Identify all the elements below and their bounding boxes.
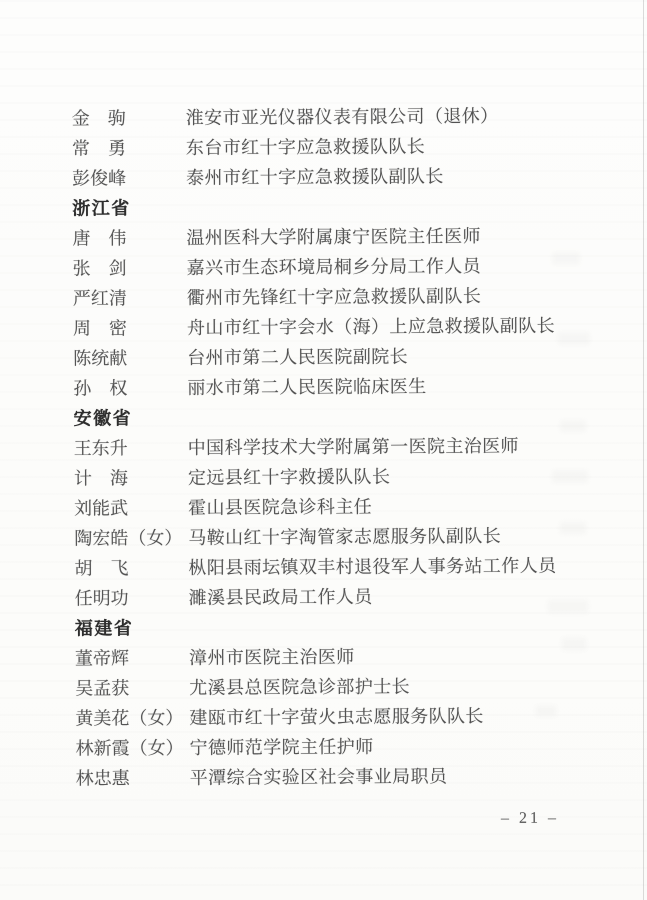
roster-row: 王东升中国科学技术大学附属第一医院主治医师: [3, 429, 647, 463]
person-name: 董帝辉: [75, 644, 189, 671]
person-name: 任明功: [75, 584, 189, 611]
roster-row: 张 剑嘉兴市生态环境局桐乡分局工作人员: [2, 249, 647, 283]
person-affiliation: 丽水市第二人民医院临床医生: [187, 372, 426, 399]
roster-row: 任明功濉溪县民政局工作人员: [4, 579, 647, 613]
person-affiliation: 东台市红十字应急救援队队长: [186, 132, 425, 159]
roster-row: 唐 伟温州医科大学附属康宁医院主任医师: [1, 219, 647, 253]
person-name: 孙 权: [73, 374, 187, 401]
person-name: 林忠惠: [76, 764, 190, 791]
person-affiliation: 舟山市红十字会水（海）上应急救援队副队长: [187, 312, 555, 340]
roster-row: 陈统献台州市第二人民医院副院长: [2, 339, 647, 373]
roster-row: 孙 权丽水市第二人民医院临床医生: [2, 369, 647, 403]
person-name: 计 海: [74, 464, 188, 491]
person-affiliation: 马鞍山红十字淘管家志愿服务队副队长: [188, 522, 501, 550]
province-header: 福建省: [4, 609, 647, 643]
page-content-wrapper: 金 驹淮安市亚光仪器仪表有限公司（退休）常 勇东台市红十字应急救援队队长彭俊峰泰…: [0, 0, 647, 900]
roster-row: 彭俊峰泰州市红十字应急救援队副队长: [1, 159, 647, 193]
person-name: 吴孟获: [75, 674, 189, 701]
person-name: 张 剑: [73, 254, 187, 281]
person-name: 严红清: [73, 284, 187, 311]
person-name: 黄美花（女）: [75, 704, 189, 731]
person-name: 唐 伟: [72, 224, 186, 251]
person-name: 王东升: [74, 434, 188, 461]
roster-row: 董帝辉漳州市医院主治医师: [4, 639, 647, 673]
person-name: 陈统献: [73, 344, 187, 371]
person-affiliation: 枞阳县雨坛镇双丰村退役军人事务站工作人员: [188, 552, 556, 580]
roster-row: 林忠惠平潭综合实验区社会事业局职员: [5, 759, 647, 793]
roster-row: 陶宏皓（女）马鞍山红十字淘管家志愿服务队副队长: [3, 519, 647, 553]
person-affiliation: 中国科学技术大学附属第一医院主治医师: [188, 432, 519, 460]
province-name: 福建省: [75, 614, 134, 640]
award-roster-list: 金 驹淮安市亚光仪器仪表有限公司（退休）常 勇东台市红十字应急救援队队长彭俊峰泰…: [1, 99, 647, 793]
roster-row: 黄美花（女）建瓯市红十字萤火虫志愿服务队队长: [4, 699, 647, 733]
roster-row: 刘能武霍山县医院急诊科主任: [3, 489, 647, 523]
person-name: 常 勇: [72, 134, 186, 161]
page-number: – 21 –: [501, 810, 559, 828]
roster-row: 林新霞（女）宁德师范学院主任护师: [4, 729, 647, 763]
province-name: 安徽省: [73, 404, 132, 430]
person-name: 金 驹: [72, 104, 186, 131]
person-affiliation: 濉溪县民政局工作人员: [189, 583, 373, 610]
person-affiliation: 平潭综合实验区社会事业局职员: [190, 762, 448, 790]
person-affiliation: 温州医科大学附属康宁医院主任医师: [186, 222, 481, 250]
person-name: 周 密: [73, 314, 187, 341]
province-header: 安徽省: [2, 399, 647, 433]
roster-row: 吴孟获尤溪县总医院急诊部护士长: [4, 669, 647, 703]
person-affiliation: 霍山县医院急诊科主任: [188, 493, 372, 520]
roster-row: 周 密舟山市红十字会水（海）上应急救援队副队长: [2, 309, 647, 343]
province-header: 浙江省: [1, 189, 647, 223]
person-affiliation: 嘉兴市生态环境局桐乡分局工作人员: [187, 252, 482, 280]
person-affiliation: 泰州市红十字应急救援队副队长: [186, 162, 444, 190]
person-name: 林新霞（女）: [75, 734, 189, 761]
person-name: 胡 飞: [74, 554, 188, 581]
person-name: 彭俊峰: [72, 164, 186, 191]
person-name: 陶宏皓（女）: [74, 524, 188, 551]
person-name: 刘能武: [74, 494, 188, 521]
person-affiliation: 尤溪县总医院急诊部护士长: [189, 672, 410, 699]
person-affiliation: 定远县红十字救援队队长: [188, 463, 391, 490]
roster-row: 金 驹淮安市亚光仪器仪表有限公司（退休）: [1, 99, 647, 133]
scanned-document-page: 金 驹淮安市亚光仪器仪表有限公司（退休）常 勇东台市红十字应急救援队队长彭俊峰泰…: [0, 0, 647, 900]
roster-row: 严红清衢州市先锋红十字应急救援队副队长: [2, 279, 647, 313]
person-affiliation: 宁德师范学院主任护师: [189, 733, 373, 760]
person-affiliation: 台州市第二人民医院副院长: [187, 342, 408, 369]
person-affiliation: 衢州市先锋红十字应急救援队副队长: [187, 282, 482, 310]
person-affiliation: 漳州市医院主治医师: [189, 643, 355, 670]
roster-row: 常 勇东台市红十字应急救援队队长: [1, 129, 647, 163]
province-name: 浙江省: [72, 194, 131, 220]
roster-row: 胡 飞枞阳县雨坛镇双丰村退役军人事务站工作人员: [3, 549, 647, 583]
person-affiliation: 淮安市亚光仪器仪表有限公司（退休）: [186, 102, 499, 130]
roster-row: 计 海定远县红十字救援队队长: [3, 459, 647, 493]
person-affiliation: 建瓯市红十字萤火虫志愿服务队队长: [189, 702, 484, 730]
